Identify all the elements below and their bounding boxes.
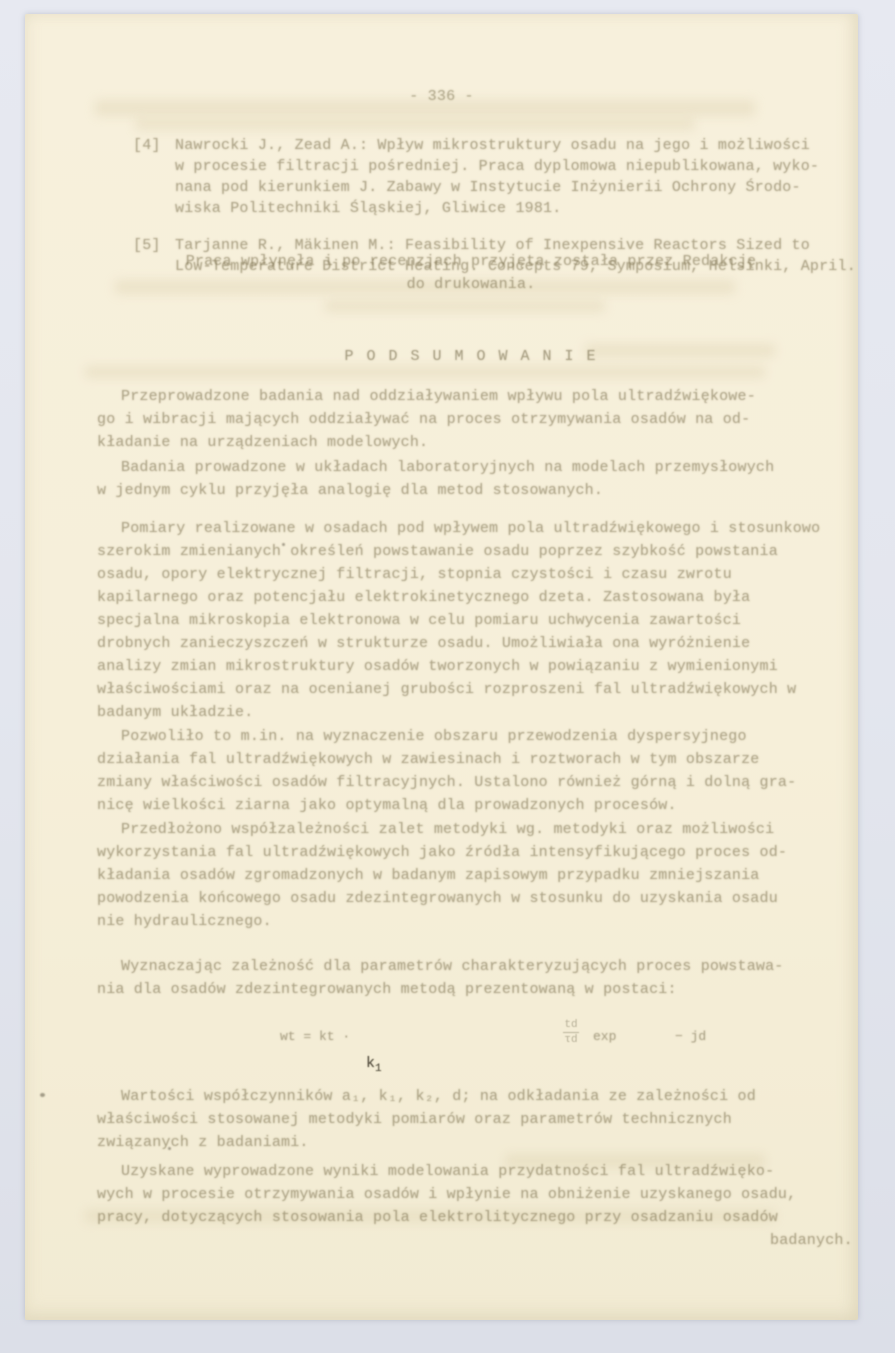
scan-smudge: [325, 300, 605, 312]
body-line: analizy zmian mikrostruktury osadów twor…: [97, 655, 845, 678]
fraction-denominator: τd: [564, 1034, 577, 1046]
fraction-numerator: td: [564, 1019, 577, 1031]
body-line: nia dla osadów zdezintegrowanych metodą …: [97, 978, 845, 1001]
body-line: powodzenia końcowego osadu zdezintegrowa…: [97, 887, 845, 910]
reference-line: wiska Politechniki Śląskiej, Gliwice 198…: [175, 198, 845, 219]
body-line: wych w procesie otrzymywania osadów i wp…: [97, 1183, 845, 1206]
section-heading: P O D S U M O W A N I E: [97, 345, 845, 368]
formula-exp: exp: [593, 1029, 616, 1044]
coefficient-k1: k1: [366, 1055, 382, 1075]
reference-line: nana pod kierunkiem J. Zabawy w Instytuc…: [175, 177, 845, 198]
scanned-page: - 336 - [4] Nawrocki J., Zead A.: Wpływ …: [25, 14, 858, 1320]
body-line: właściwości stosowanej metodyki pomiarów…: [97, 1108, 845, 1131]
formula-tail: − jd: [675, 1029, 706, 1044]
scan-smudge: [135, 118, 695, 130]
fraction-bar: [563, 1032, 579, 1033]
body-line: Badania prowadzone w układach laboratory…: [97, 456, 845, 479]
body-line: Wyznaczając zależność dla parametrów cha…: [97, 955, 845, 978]
reference-line: Nawrocki J., Zead A.: Wpływ mikrostruktu…: [175, 135, 845, 156]
body-paragraph-4: Pozwoliło to m.in. na wyznaczenie obszar…: [97, 725, 845, 817]
formula-lhs: wt = kt ·: [280, 1029, 350, 1044]
body-line: Wartości współczynników a₁, k₁, k₂, d; n…: [97, 1085, 845, 1108]
body-line: specjalna mikroskopia elektronowa w celu…: [97, 609, 845, 632]
body-line: Przeprowadzone badania nad oddziaływanie…: [97, 385, 845, 408]
body-paragraph-7: Wartości współczynników a₁, k₁, k₂, d; n…: [97, 1085, 845, 1154]
note-line: do drukowania.: [97, 273, 845, 296]
body-line: zmiany właściwości osadów filtracyjnych.…: [97, 771, 845, 794]
body-line: Przedłożono współzależności zalet metody…: [97, 818, 845, 841]
end-fragment: badanych.: [770, 1232, 853, 1249]
body-line: Uzyskane wyprowadzone wyniki modelowania…: [97, 1160, 845, 1183]
body-paragraph-3: Pomiary realizowane w osadach pod wpływe…: [97, 517, 845, 724]
ink-speck: [40, 1093, 45, 1097]
body-line: kapilarnego oraz potencjału elektrokinet…: [97, 586, 845, 609]
page-number: - 336 -: [25, 88, 858, 105]
body-line: w jednym cyklu przyjęła analogię dla met…: [97, 479, 845, 502]
body-line: badanym układzie.: [97, 701, 845, 724]
publication-note: Praca wpłynęła i po recenzjach przyjęta …: [97, 250, 845, 296]
body-paragraph-1: Przeprowadzone badania nad oddziaływanie…: [97, 385, 845, 454]
body-line: kładania osadów zgromadzonych w badanym …: [97, 864, 845, 887]
body-line: go i wibracji mających oddziaływać na pr…: [97, 408, 845, 431]
scan-backdrop: { "page": { "number": "- 336 -", "refere…: [0, 0, 895, 1353]
body-line: Pozwoliło to m.in. na wyznaczenie obszar…: [97, 725, 845, 748]
body-line: drobnych zanieczyszczeń w strukturze osa…: [97, 632, 845, 655]
k1-subscript: 1: [375, 1063, 382, 1075]
reference-item: [4] Nawrocki J., Zead A.: Wpływ mikrostr…: [133, 135, 845, 219]
ink-speck: [168, 1147, 171, 1150]
body-line: kładanie na urządzeniach modelowych.: [97, 431, 845, 454]
body-line: szerokim zmienianych określeń powstawani…: [97, 540, 845, 563]
body-line: wykorzystania fal ultradźwiękowych jako …: [97, 841, 845, 864]
reference-number: [4]: [133, 135, 161, 156]
formula-fraction: td τd: [563, 1019, 579, 1046]
body-line: związanych z badaniami.: [97, 1131, 845, 1154]
body-line: Pomiary realizowane w osadach pod wpływe…: [97, 517, 845, 540]
body-paragraph-5: Przedłożono współzależności zalet metody…: [97, 818, 845, 933]
body-line: pracy, dotyczących stosowania pola elekt…: [97, 1206, 845, 1229]
page-content: - 336 - [4] Nawrocki J., Zead A.: Wpływ …: [25, 14, 858, 1320]
reference-line: w procesie filtracji pośredniej. Praca d…: [175, 156, 845, 177]
body-line: nicę wielkości ziarna jako optymalną dla…: [97, 794, 845, 817]
body-paragraph-8: Uzyskane wyprowadzone wyniki modelowania…: [97, 1160, 845, 1229]
ink-speck: [282, 543, 285, 546]
body-paragraph-2: Badania prowadzone w układach laboratory…: [97, 456, 845, 502]
formula: wt = kt · td τd exp − jd: [97, 1015, 845, 1067]
body-line: działania fal ultradźwiękowych w zawiesi…: [97, 748, 845, 771]
section-heading-wrap: P O D S U M O W A N I E: [97, 345, 845, 368]
body-line: właściwościami oraz na ocenianej grubośc…: [97, 678, 845, 701]
body-line: nie hydraulicznego.: [97, 910, 845, 933]
k1-base: k: [366, 1055, 375, 1072]
note-line: Praca wpłynęła i po recenzjach przyjęta …: [97, 250, 845, 273]
body-paragraph-6: Wyznaczając zależność dla parametrów cha…: [97, 955, 845, 1001]
body-line: osadu, opory elektrycznej filtracji, sto…: [97, 563, 845, 586]
